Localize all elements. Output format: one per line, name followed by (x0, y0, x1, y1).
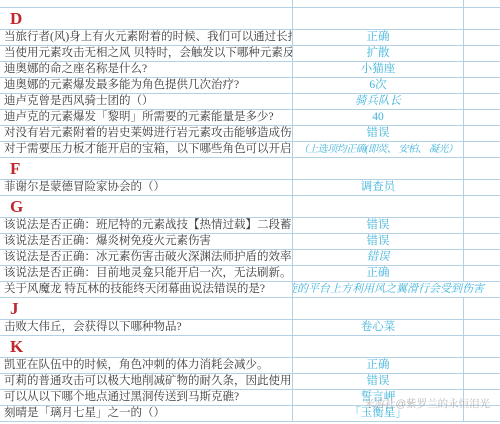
table-row: 该说法是否正确：爆炎树免疫火元素伤害错误 (0, 234, 500, 250)
question-cell[interactable]: 当旅行者(风)身上有火元素附着的时候、我们可以通过长按 (0, 30, 293, 45)
empty-cell[interactable] (464, 266, 500, 281)
answer-cell[interactable]: 调查员 (293, 180, 464, 195)
question-cell[interactable]: 迪奥娜的命之座名称是什么? (0, 62, 293, 77)
table-row: 迪奥娜的命之座名称是什么?小猫座 (0, 62, 500, 78)
table-row: 迪卢克曾是西风骑士团的（）骑兵队长 (0, 94, 500, 110)
answer-cell-empty[interactable] (293, 336, 464, 357)
answer-cell-empty[interactable] (293, 0, 464, 7)
empty-cell[interactable] (464, 126, 500, 141)
empty-cell[interactable] (464, 46, 500, 61)
table-row: 击败大伟丘，会获得以下哪种物品?卷心菜 (0, 320, 500, 336)
answer-cell[interactable]: 错误 (293, 250, 464, 265)
question-cell[interactable]: 迪卢克曾是西风骑士团的（） (0, 94, 293, 109)
question-cell[interactable]: 该说法是否正确：爆炎树免疫火元素伤害 (0, 234, 293, 249)
empty-cell[interactable] (464, 158, 500, 179)
empty-cell[interactable] (464, 180, 500, 195)
empty-cell[interactable] (464, 358, 500, 373)
question-cell[interactable]: 关于风魔龙 特瓦林的技能终天闭幕曲说法错误的是? (0, 282, 293, 297)
section-header-row: K (0, 336, 500, 358)
answer-cell-empty[interactable] (293, 8, 464, 29)
answer-cell[interactable]: 誓言岬 (293, 390, 464, 405)
answer-cell-empty[interactable] (293, 158, 464, 179)
table-row: 迪卢克的元素爆发「黎明」所需要的元素能量是多少?40 (0, 110, 500, 126)
table-row: 对没有岩元素附着的岩史莱姆进行岩元素攻击能够造成伤害错误 (0, 126, 500, 142)
quiz-table: D当旅行者(风)身上有火元素附着的时候、我们可以通过长按正确当使用元素攻击无相之… (0, 0, 500, 422)
question-cell[interactable]: 迪奥娜的元素爆发最多能为角色提供几次治疗? (0, 78, 293, 93)
question-cell[interactable]: 刻晴是「璃月七星」之一的（） (0, 406, 293, 421)
table-row: 该说法是否正确：班尼特的元素战技【热情过载】二段蓄力错误 (0, 218, 500, 234)
table-row: 可以从以下哪个地点通过黑洞传送到马斯克礁?誓言岬 (0, 390, 500, 406)
question-cell[interactable]: 该说法是否正确：冰元素伤害击破火深渊法师护盾的效率最高 (0, 250, 293, 265)
answer-cell[interactable]: （上选项均正确(即荧、 安柏、 凝光） (293, 142, 464, 157)
spreadsheet-region: D当旅行者(风)身上有火元素附着的时候、我们可以通过长按正确当使用元素攻击无相之… (0, 0, 500, 424)
table-row: 该说法是否正确：目前地灵龛只能开启一次，无法刷新。正确 (0, 266, 500, 282)
answer-cell[interactable]: 正确 (293, 358, 464, 373)
table-row: 该说法是否正确：冰元素伤害击破火深渊法师护盾的效率最高错误 (0, 250, 500, 266)
question-cell[interactable]: 可以从以下哪个地点通过黑洞传送到马斯克礁? (0, 390, 293, 405)
table-row: 迪奥娜的元素爆发最多能为角色提供几次治疗?6次 (0, 78, 500, 94)
question-cell[interactable]: 击败大伟丘，会获得以下哪种物品? (0, 320, 293, 335)
table-row: 关于风魔龙 特瓦林的技能终天闭幕曲说法错误的是?旋的平台上方利用风之翼滑行会受到… (0, 282, 500, 298)
empty-cell[interactable] (464, 62, 500, 77)
answer-cell[interactable]: 错误 (293, 374, 464, 389)
answer-cell-empty[interactable] (293, 196, 464, 217)
section-letter-G[interactable]: G (0, 196, 293, 217)
section-header-row: J (0, 298, 500, 320)
table-row: 可莉的普通攻击可以极大地削减矿物的耐久条，因此使用可错误 (0, 374, 500, 390)
empty-cell[interactable] (464, 142, 500, 157)
section-letter-D[interactable]: D (0, 8, 293, 29)
answer-cell[interactable]: 正确 (293, 30, 464, 45)
table-row: 对于需要压力板才能开启的宝箱，以下哪些角色可以开启?（上选项均正确(即荧、 安柏… (0, 142, 500, 158)
empty-cell[interactable] (464, 374, 500, 389)
empty-cell[interactable] (464, 94, 500, 109)
table-row: 当旅行者(风)身上有火元素附着的时候、我们可以通过长按正确 (0, 30, 500, 46)
empty-cell[interactable] (464, 78, 500, 93)
question-cell[interactable]: 迪卢克的元素爆发「黎明」所需要的元素能量是多少? (0, 110, 293, 125)
table-row-partial (0, 0, 500, 8)
question-cell[interactable]: 可莉的普通攻击可以极大地削减矿物的耐久条，因此使用可 (0, 374, 293, 389)
answer-text: 旋的平台上方利用风之翼滑行会受到伤害 (293, 282, 484, 297)
question-cell[interactable]: 对没有岩元素附着的岩史莱姆进行岩元素攻击能够造成伤害 (0, 126, 293, 141)
answer-cell[interactable]: 40 (293, 110, 464, 125)
answer-cell-empty[interactable] (293, 298, 464, 319)
empty-cell[interactable] (464, 234, 500, 249)
answer-cell[interactable]: 小猫座 (293, 62, 464, 77)
question-cell[interactable]: 该说法是否正确：班尼特的元素战技【热情过载】二段蓄力 (0, 218, 293, 233)
table-row: 凯亚在队伍中的时候，角色冲刺的体力消耗会减少。正确 (0, 358, 500, 374)
section-letter-K[interactable]: K (0, 336, 293, 357)
section-header-row: F (0, 158, 500, 180)
question-cell[interactable]: 该说法是否正确：目前地灵龛只能开启一次，无法刷新。 (0, 266, 293, 281)
empty-cell[interactable] (464, 110, 500, 125)
answer-cell[interactable]: 错误 (293, 126, 464, 141)
answer-cell[interactable]: 卷心菜 (293, 320, 464, 335)
table-row: 菲谢尔是蒙德冒险家协会的（）调查员 (0, 180, 500, 196)
section-header-row: G (0, 196, 500, 218)
question-cell-empty[interactable] (0, 0, 293, 7)
question-cell[interactable]: 当使用元素攻击无相之风 贝特时，会触发以下哪种元素反应 (0, 46, 293, 61)
answer-cell[interactable]: 6次 (293, 78, 464, 93)
section-letter-J[interactable]: J (0, 298, 293, 319)
empty-cell[interactable] (464, 390, 500, 405)
empty-cell[interactable] (464, 336, 500, 357)
answer-cell[interactable]: 错误 (293, 234, 464, 249)
empty-cell[interactable] (464, 406, 500, 421)
empty-cell[interactable] (464, 298, 500, 319)
answer-cell[interactable]: 错误 (293, 218, 464, 233)
table-row: 当使用元素攻击无相之风 贝特时，会触发以下哪种元素反应扩散 (0, 46, 500, 62)
answer-cell[interactable]: 扩散 (293, 46, 464, 61)
empty-cell[interactable] (464, 30, 500, 45)
answer-cell[interactable]: 旋的平台上方利用风之翼滑行会受到伤害 (293, 282, 500, 297)
section-header-row: D (0, 8, 500, 30)
empty-cell[interactable] (464, 196, 500, 217)
empty-cell[interactable] (464, 250, 500, 265)
question-cell[interactable]: 菲谢尔是蒙德冒险家协会的（） (0, 180, 293, 195)
question-cell[interactable]: 凯亚在队伍中的时候，角色冲刺的体力消耗会减少。 (0, 358, 293, 373)
section-letter-F[interactable]: F (0, 158, 293, 179)
empty-cell[interactable] (464, 218, 500, 233)
answer-cell[interactable]: 正确 (293, 266, 464, 281)
empty-cell[interactable] (464, 8, 500, 29)
empty-cell[interactable] (464, 320, 500, 335)
answer-cell[interactable]: 骑兵队长 (293, 94, 464, 109)
table-row: 刻晴是「璃月七星」之一的（）「玉衡星」 (0, 406, 500, 422)
answer-cell[interactable]: 「玉衡星」 (293, 406, 464, 421)
question-cell[interactable]: 对于需要压力板才能开启的宝箱，以下哪些角色可以开启? (0, 142, 293, 157)
empty-cell[interactable] (464, 0, 500, 7)
